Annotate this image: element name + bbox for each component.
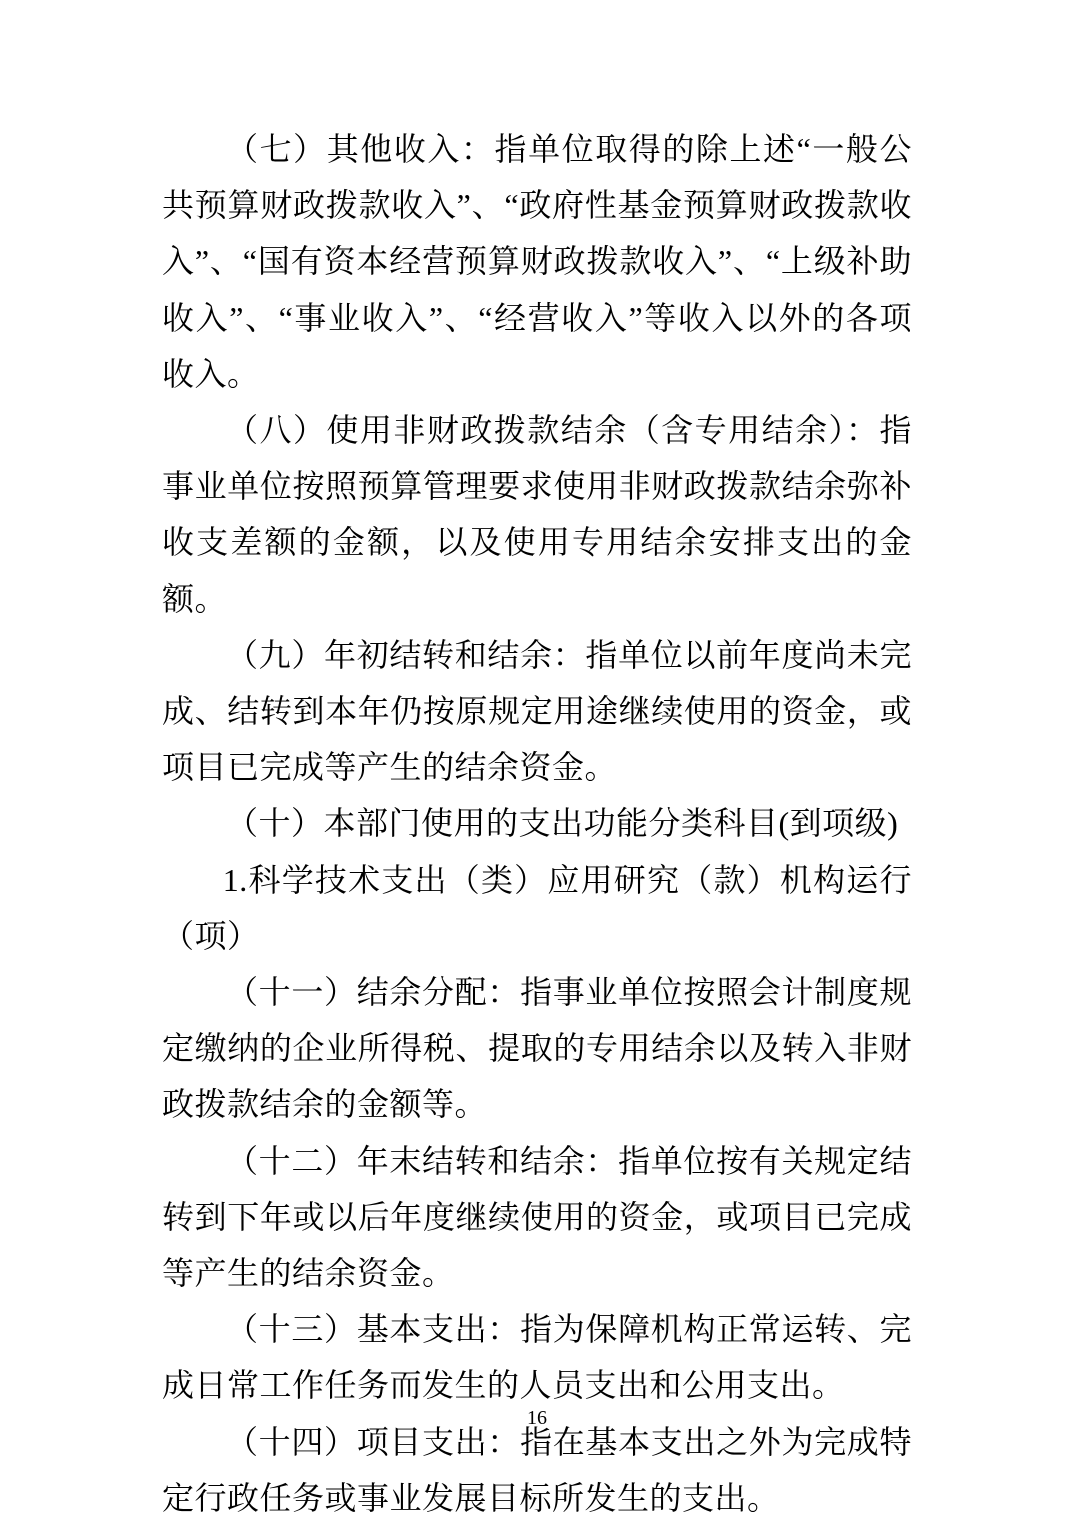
document-page: （七）其他收入：指单位取得的除上述“一般公共预算财政拨款收入”、“政府性基金预算… [0, 0, 1074, 1520]
para-balance-distribution: （十一）结余分配：指事业单位按照会计制度规定缴纳的企业所得税、提取的专用结余以及… [162, 964, 912, 1133]
para-beginning-year-carryover: （九）年初结转和结余：指单位以前年度尚未完成、结转到本年仍按原规定用途继续使用的… [162, 627, 912, 796]
para-item-science-technology: 1.科学技术支出（类）应用研究（款）机构运行（项） [162, 852, 912, 964]
page-body-text: （七）其他收入：指单位取得的除上述“一般公共预算财政拨款收入”、“政府性基金预算… [162, 121, 912, 1520]
page-number: 16 [527, 1407, 547, 1429]
para-expenditure-function-categories: （十）本部门使用的支出功能分类科目(到项级) [162, 795, 912, 851]
para-other-income: （七）其他收入：指单位取得的除上述“一般公共预算财政拨款收入”、“政府性基金预算… [162, 121, 912, 402]
para-basic-expenditure: （十三）基本支出：指为保障机构正常运转、完成日常工作任务而发生的人员支出和公用支… [162, 1301, 912, 1413]
page-footer: 16 [0, 1406, 1074, 1430]
para-use-of-non-fiscal-balance: （八）使用非财政拨款结余（含专用结余）：指事业单位按照预算管理要求使用非财政拨款… [162, 402, 912, 627]
para-year-end-carryover: （十二）年末结转和结余：指单位按有关规定结转到下年或以后年度继续使用的资金，或项… [162, 1133, 912, 1302]
